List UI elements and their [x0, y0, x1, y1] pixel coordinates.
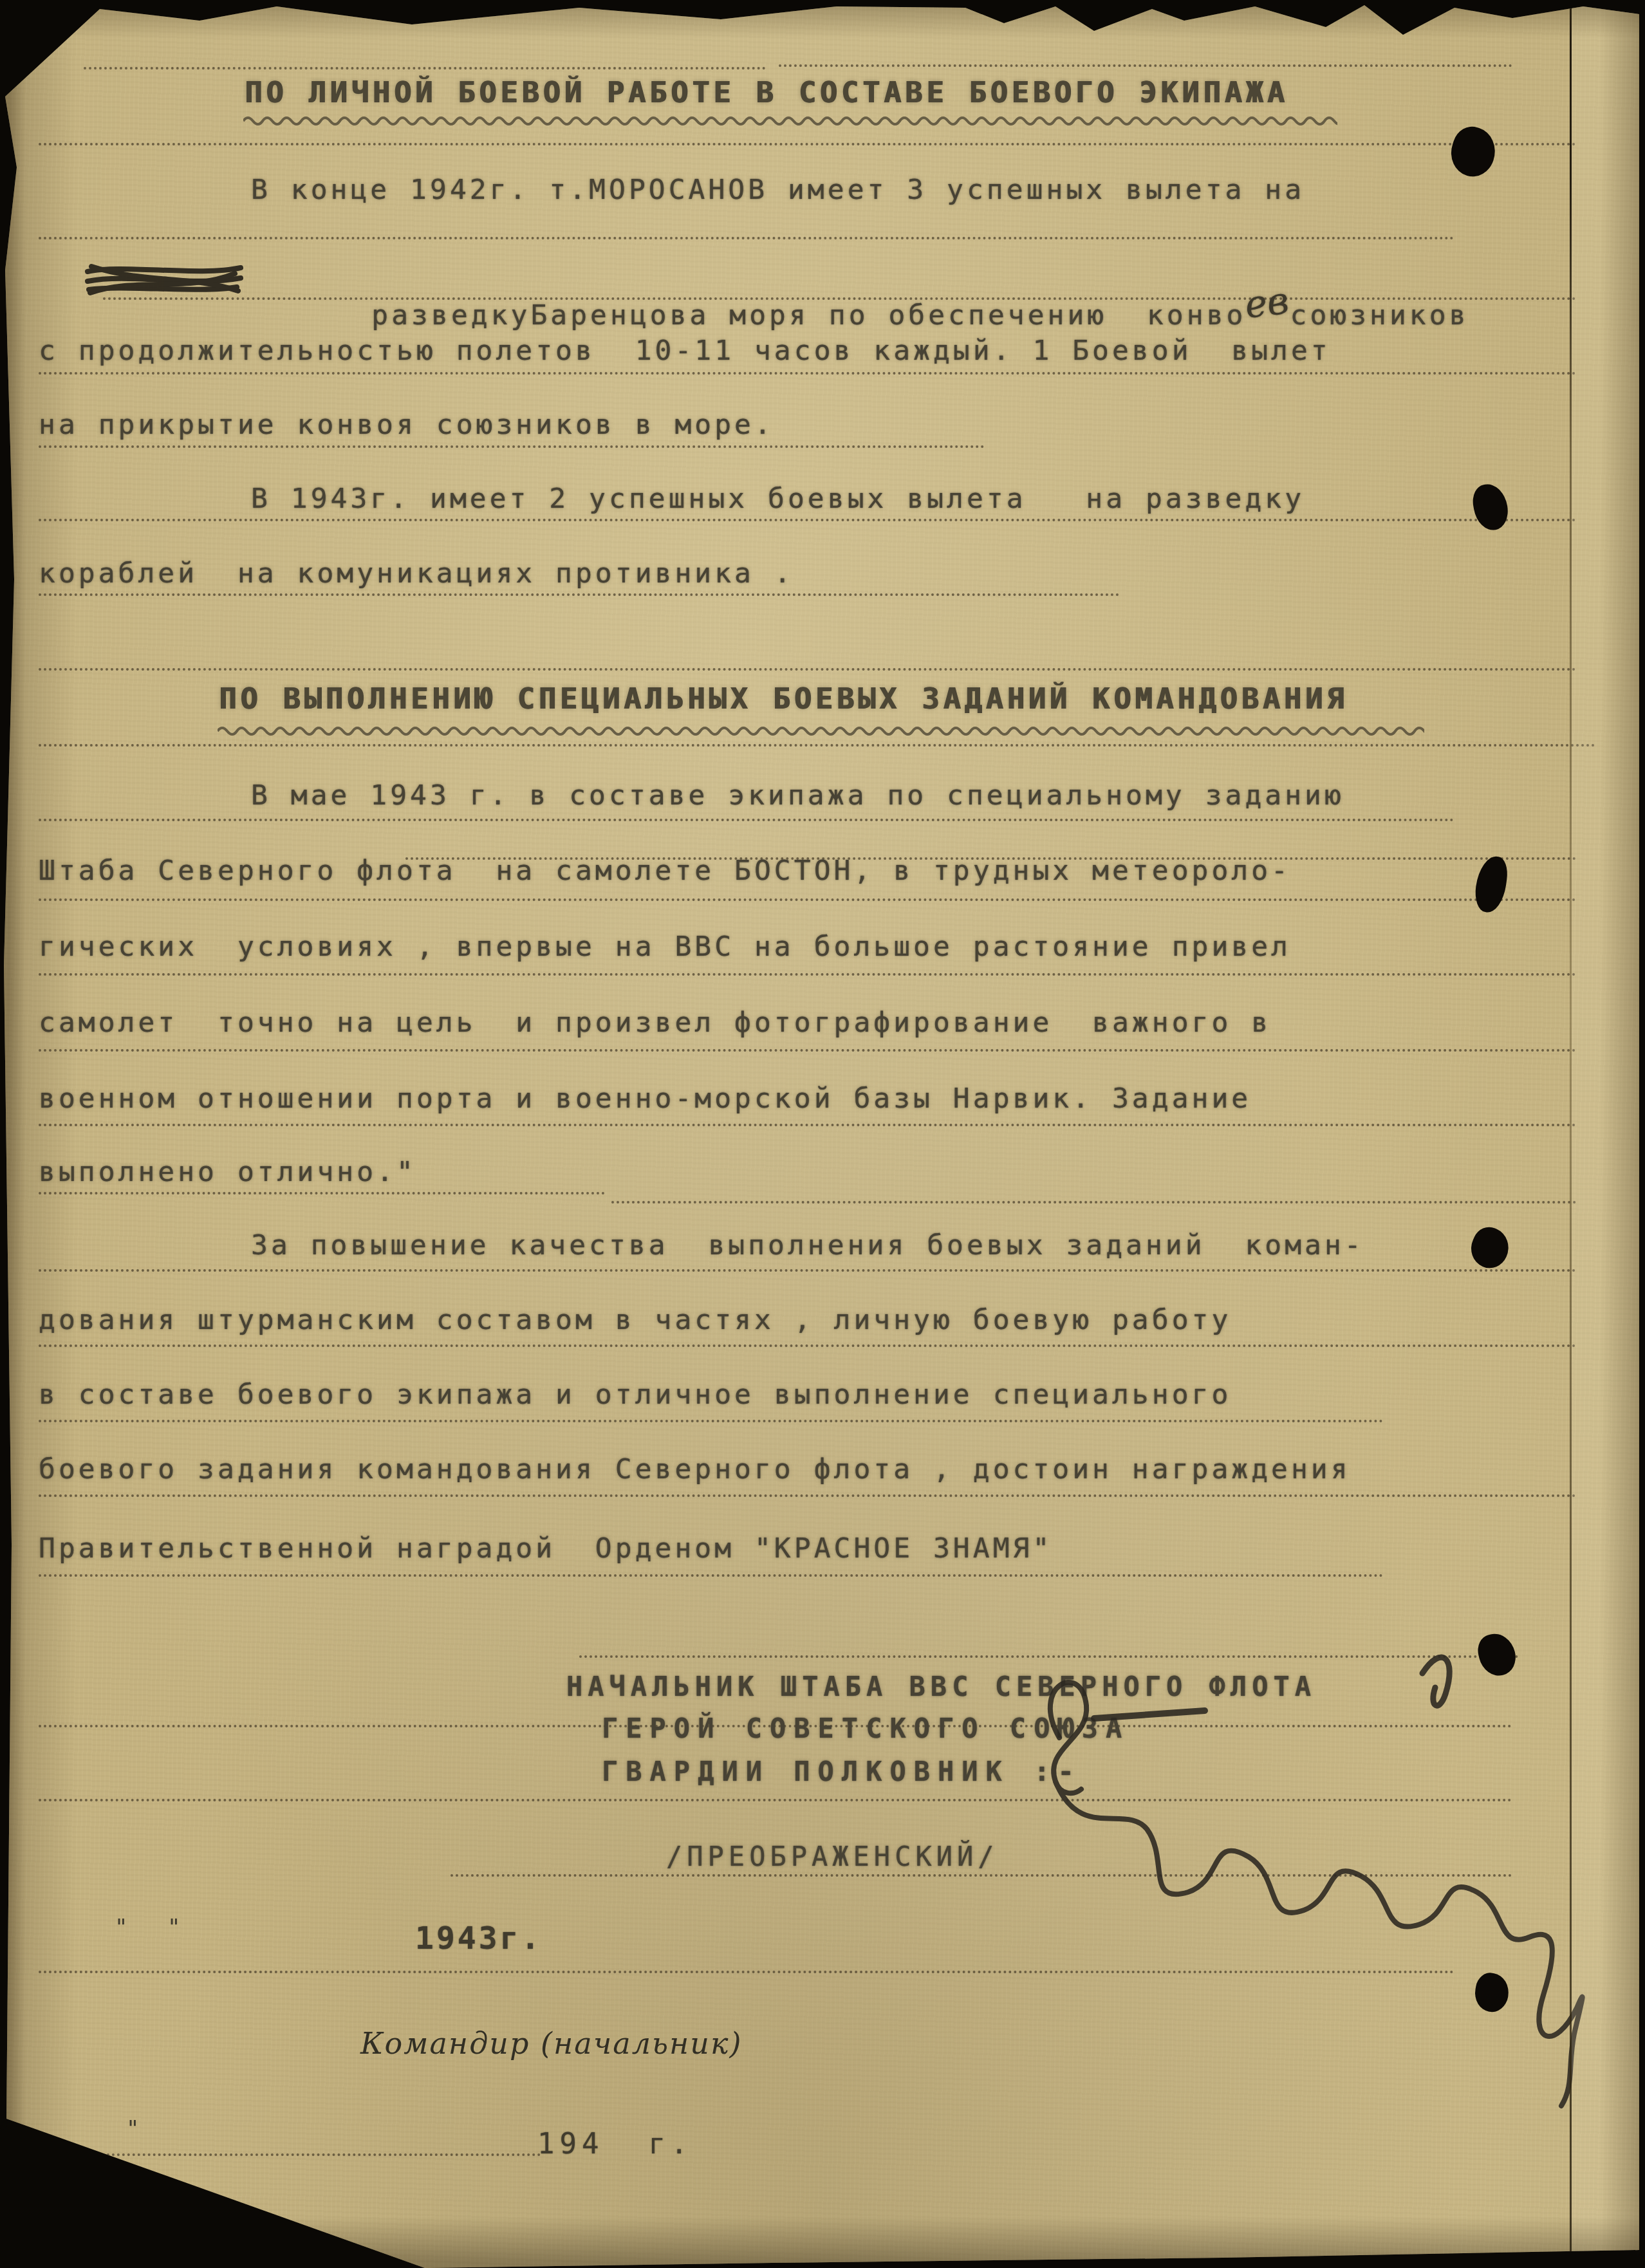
crossed-out-word — [84, 257, 245, 302]
paragraph3-line3: гических условиях , впервые на ВВС на бо… — [39, 932, 1291, 962]
ruled-line — [39, 372, 1577, 375]
footer-year-1943: 1943г. — [415, 1920, 542, 1957]
ruled-line — [39, 1344, 1577, 1347]
paragraph3-line5: военном отношении порта и военно-морской… — [39, 1084, 1251, 1113]
document-scan: ПО ЛИЧНОЙ БОЕВОЙ РАБОТЕ В СОСТАВЕ БОЕВОГ… — [0, 0, 1645, 2268]
paragraph2-line2: кораблей на комуникациях противника . — [39, 559, 794, 588]
bottom-quote-a: " — [126, 2116, 139, 2142]
ruled-line — [39, 898, 1577, 901]
paragraph2-line1: В 1943г. имеет 2 успешных боевых вылета … — [251, 484, 1305, 514]
footer-quote-marks: " " — [115, 1915, 180, 1940]
ruled-line — [39, 445, 985, 448]
handwritten-correction-ev: ев — [1243, 281, 1291, 326]
punch-hole — [1470, 481, 1511, 533]
bottom-quote-b: „ — [46, 2138, 62, 2168]
ruled-line — [39, 668, 1577, 671]
paragraph3-line4: самолет точно на цель и произвел фотогра… — [39, 1008, 1271, 1037]
ruled-line — [39, 1799, 1512, 1801]
ruled-line — [579, 1655, 1519, 1658]
paragraph1-line1: В конце 1942г. т.МОРОСАНОВ имеет 3 успеш… — [251, 175, 1305, 205]
ruled-line — [97, 2153, 541, 2156]
ruled-line — [39, 237, 1454, 239]
ruled-line — [39, 1420, 1384, 1422]
paragraph3-line1: В мае 1943 г. в составе экипажа по специ… — [251, 781, 1344, 810]
ruled-line — [39, 1971, 1454, 1973]
section-heading-personal-combat-work: ПО ЛИЧНОЙ БОЕВОЙ РАБОТЕ В СОСТАВЕ БОЕВОГ… — [245, 77, 1288, 109]
ruled-line — [39, 1494, 1577, 1497]
paragraph1-line4: на прикрытие конвоя союзников в море. — [39, 410, 774, 440]
paragraph4-line2: дования штурманским составом в частях , … — [39, 1305, 1231, 1335]
paragraph1-line3: с продолжительностью полетов 10-11 часов… — [39, 336, 1331, 366]
signer-name: /ПРЕОБРАЖЕНСКИЙ/ — [666, 1842, 999, 1871]
ruled-line — [451, 1874, 1512, 1877]
ruled-line — [779, 64, 1512, 67]
punch-hole — [1474, 1630, 1520, 1680]
ruled-line — [39, 519, 1577, 521]
ruled-line — [39, 593, 1120, 596]
ruled-line — [39, 1124, 1577, 1126]
paragraph3-line6: выполнено отлично." — [39, 1157, 416, 1187]
punch-hole — [1445, 122, 1501, 181]
signer-position-line2: ГЕРОЙ СОВЕТСКОГО СОЮЗА — [602, 1714, 1129, 1743]
paragraph1-line2-typed-a: разведкуБаренцова моря по обеспечению ко… — [371, 299, 1246, 331]
paragraph4-line5: Правительственной наградой Орденом "КРАС… — [39, 1534, 1052, 1563]
paragraph4-line4: боевого задания командования Северного ф… — [39, 1455, 1351, 1484]
ruled-line — [611, 1201, 1577, 1204]
commander-form-label: Командир (начальник) — [360, 2026, 742, 2061]
signer-position-line1: НАЧАЛЬНИК ШТАБА ВВС СЕВЕРНОГО ФЛОТА — [566, 1672, 1316, 1701]
ruled-line — [39, 1192, 605, 1194]
ruled-line — [39, 819, 1454, 821]
punch-hole — [1473, 854, 1510, 915]
ruled-line — [39, 143, 1577, 145]
section-heading-special-missions: ПО ВЫПОЛНЕНИЮ СПЕЦИАЛЬНЫХ БОЕВЫХ ЗАДАНИЙ… — [219, 683, 1348, 715]
ruled-line — [84, 67, 766, 70]
ruled-line — [39, 1269, 1577, 1272]
paragraph3-line2: Штаба Северного флота на самолете БОСТОН… — [39, 856, 1291, 886]
heading1-wavy-underline — [243, 115, 1337, 125]
paragraph4-line3: в составе боевого экипажа и отличное вып… — [39, 1380, 1231, 1409]
ruled-line — [39, 1574, 1384, 1577]
signer-position-line3: ГВАРДИИ ПОЛКОВНИК :- — [602, 1757, 1082, 1786]
paragraph4-line1: За повышение качества выполнения боевых … — [251, 1231, 1364, 1260]
ruled-line — [39, 744, 1596, 747]
heading2-wavy-underline — [218, 725, 1424, 735]
ruled-line — [39, 1049, 1577, 1052]
ruled-line — [39, 973, 1577, 976]
document-page: ПО ЛИЧНОЙ БОЕВОЙ РАБОТЕ В СОСТАВЕ БОЕВОГ… — [0, 0, 1645, 2268]
handwritten-signature — [933, 1635, 1641, 2124]
punch-hole — [1472, 1971, 1512, 2014]
vertical-crease — [1570, 0, 1572, 2268]
punch-hole — [1465, 1222, 1515, 1274]
page-fold-strip — [1572, 0, 1639, 2268]
paragraph1-line2-typed-b: союзников — [1290, 299, 1469, 331]
bottom-year-blank: 194 г. — [537, 2128, 692, 2161]
